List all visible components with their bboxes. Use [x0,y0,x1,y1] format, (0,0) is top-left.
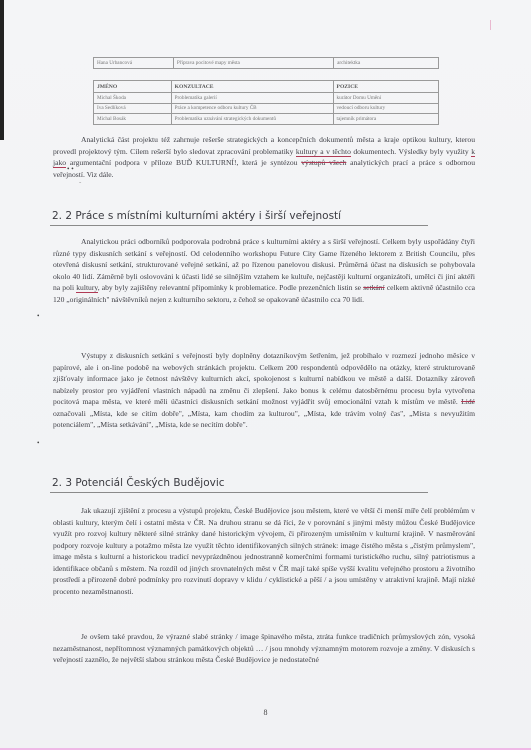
table-cell-name: Michal Škoda [94,93,172,104]
text-run: Jak ukazují zjištění z procesu a výstupů… [53,506,475,596]
table-participants-continued: Hana Urbancová Příprava pocitové mapy mě… [93,57,439,69]
paragraph-potential-weaknesses: Je ovšem také pravdou, že výrazné slabé … [53,631,475,666]
red-strikethrough-annotation: setkání [363,283,385,292]
column-header-name: JMÉNO [94,81,172,93]
paragraph-analytical-part: Analytická část projektu též zahrnuje re… [53,134,475,180]
column-header-consultation: KONZULTACE [171,81,333,93]
red-strikethrough-annotation: Lidé [461,397,475,406]
scanned-document-page: Hana Urbancová Příprava pocitové mapy mě… [0,0,531,750]
paragraph-cultural-actors: Analytickou práci odborníků podporovala … [53,236,475,305]
table-row: Michal Bosák Problematika uznávání strat… [94,114,439,125]
text-run: Je ovšem také pravdou, že výrazné slabé … [53,632,475,664]
table-cell-name: Michal Bosák [94,114,172,125]
table-consultations: JMÉNO KONZULTACE POZICE Michal Škoda Pro… [93,80,439,125]
text-run: dokumentech. Výsledky byly využity [351,147,471,156]
table-row: Michal Škoda Problematika galerií kuráto… [94,93,439,104]
table-cell-position: tajemník primátora [333,114,438,125]
paragraph-potential-strengths: Jak ukazují zjištění z procesu a výstupů… [53,505,475,597]
column-header-position: POZICE [333,81,438,93]
section-heading-2-3: 2. 3 Potenciál Českých Budějovic [50,477,428,493]
scan-edge-shadow [0,0,4,140]
table-cell-name: Iva Sedlíková [94,103,172,114]
red-underline-annotation: kultury [76,283,97,293]
red-strikethrough-annotation: výstupů všech [301,158,346,167]
table-cell-name: Hana Urbancová [94,58,174,69]
margin-dot-mark: • [37,312,39,320]
table-cell-task: Příprava pocitové mapy města [173,58,333,69]
table-cell-consultation: Problematika galerií [171,93,333,104]
text-run: argumentační podpora v příloze BUĎ KULTU… [66,158,301,167]
page-number: 8 [0,708,531,717]
text-run: , aby byly zajištěny relevantní připomín… [98,283,363,292]
text-run: označovali „Místa, kde se cítím dobře", … [53,409,475,430]
paragraph-questionnaire: Výstupy z diskusních setkání s veřejnost… [53,350,475,431]
table-cell-consultation: Problematika uznávání strategických doku… [171,114,333,125]
table-cell-position: vedoucí odboru kultury [333,103,438,114]
section-heading-2-2: 2. 2 Práce s místními kulturními aktéry … [50,210,428,226]
red-underline-annotation: kultury a v těchto [296,147,351,157]
table-cell-consultation: Práce a kompetence odboru kultury ČB [171,103,333,114]
table-row: Hana Urbancová Příprava pocitové mapy mě… [94,58,439,69]
table-row: Iva Sedlíková Práce a kompetence odboru … [94,103,439,114]
margin-dot-mark: • [37,439,39,447]
margin-pen-mark [490,20,491,30]
table-header-row: JMÉNO KONZULTACE POZICE [94,81,439,93]
text-run: Výstupy z diskusních setkání s veřejnost… [53,351,475,406]
table-cell-position: kurátor Domu Umění [333,93,438,104]
table-cell-role: architektka [334,58,439,69]
